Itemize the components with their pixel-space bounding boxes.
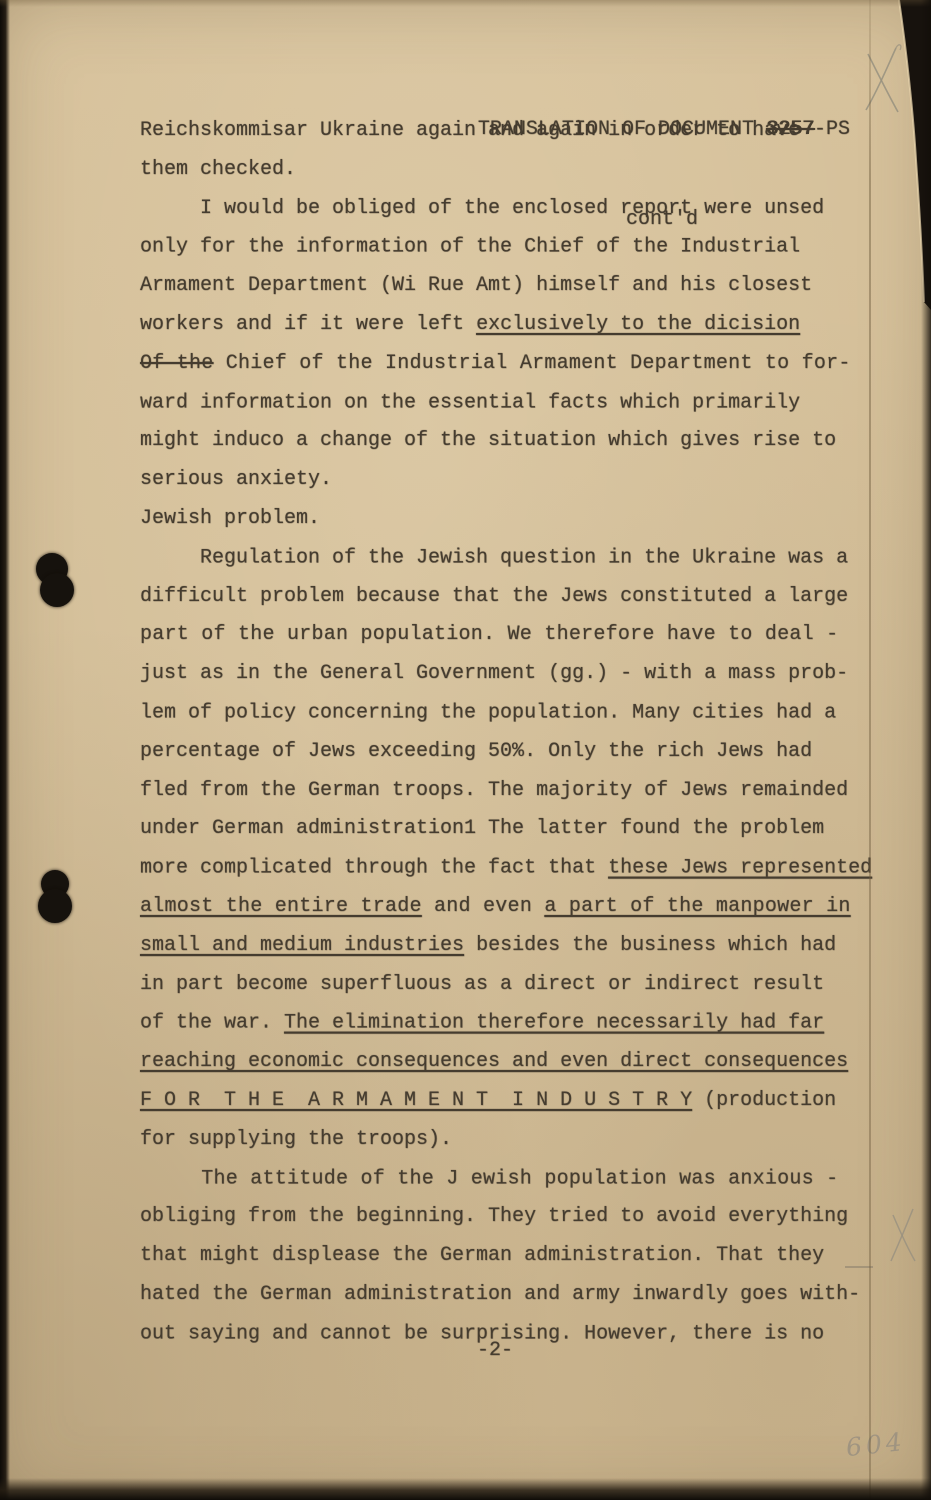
typed-text: difficult problem because that the Jews … bbox=[140, 585, 848, 608]
typed-text: only for the information of the Chief of… bbox=[140, 236, 800, 259]
typed-line: Of the Chief of the Industrial Armament … bbox=[140, 345, 856, 384]
typed-text: of the war. bbox=[140, 1012, 284, 1035]
typed-line: part of the urban population. We therefo… bbox=[140, 616, 856, 655]
paper-fold-line bbox=[869, 0, 871, 1500]
underlined-text: a part of the manpower in bbox=[544, 895, 850, 918]
typed-line: F O R T H E A R M A M E N T I N D U S T … bbox=[140, 1082, 856, 1121]
typed-line: more complicated through the fact that t… bbox=[140, 850, 856, 889]
typed-line: for supplying the troops). bbox=[140, 1121, 856, 1160]
underlined-text: exclusively to the dicision bbox=[476, 313, 800, 336]
typed-text: Regulation of the Jewish question in the… bbox=[140, 546, 848, 569]
typed-line: only for the information of the Chief of… bbox=[140, 229, 856, 268]
folio-number: 604 bbox=[845, 1427, 907, 1462]
typed-line: that might displease the German administ… bbox=[140, 1237, 856, 1276]
left-edge-shadow bbox=[0, 0, 10, 1500]
typed-line: obliging from the beginning. They tried … bbox=[140, 1198, 856, 1237]
typed-text: them checked. bbox=[140, 158, 296, 181]
typed-line: Armament Department (Wi Rue Amt) himself… bbox=[140, 267, 856, 306]
typed-text: serious anxiety. bbox=[140, 468, 332, 491]
bottom-edge-shadow bbox=[0, 1478, 931, 1500]
typed-text: and even bbox=[422, 895, 545, 918]
typed-line: might induco a change of the situation w… bbox=[140, 422, 856, 461]
document-page: TRANSLATION OF DOCUMENT 3257-PS cont'd R… bbox=[0, 0, 931, 1500]
typed-text: (production bbox=[692, 1089, 836, 1112]
typed-line: The attitude of the J ewish population w… bbox=[140, 1160, 856, 1199]
typed-text: workers and if it were left bbox=[140, 313, 476, 336]
typed-line: percentage of Jews exceeding 50%. Only t… bbox=[140, 733, 856, 772]
underlined-text: reaching economic consequences and even … bbox=[140, 1050, 848, 1073]
underlined-text: these Jews represented bbox=[608, 857, 872, 880]
typed-line: under German administration1 The latter … bbox=[140, 810, 856, 849]
pencil-check-bottom-icon bbox=[885, 1205, 923, 1265]
typed-line: workers and if it were left exclusively … bbox=[140, 306, 856, 345]
typed-line: Jewish problem. bbox=[140, 500, 856, 539]
typed-line: lem of policy concerning the population.… bbox=[140, 695, 856, 734]
typed-text: Jewish problem. bbox=[140, 507, 320, 530]
typed-line: them checked. bbox=[140, 151, 856, 190]
underlined-text: almost the entire trade bbox=[140, 895, 422, 918]
typed-text: percentage of Jews exceeding 50%. Only t… bbox=[140, 740, 812, 763]
right-edge-shadow bbox=[921, 0, 931, 1500]
typed-text: that might displease the German administ… bbox=[140, 1244, 824, 1267]
hole-punch-circle bbox=[40, 573, 74, 607]
typed-line: in part become superfluous as a direct o… bbox=[140, 966, 856, 1005]
typed-text: besides the business which had bbox=[464, 934, 836, 957]
typed-text: I would be obliged of the enclosed repor… bbox=[140, 197, 824, 220]
typed-line: small and medium industries besides the … bbox=[140, 927, 856, 966]
typed-text: The attitude of the J ewish population w… bbox=[140, 1167, 838, 1190]
typed-text: lem of policy concerning the population.… bbox=[140, 702, 836, 725]
typed-text: under German administration1 The latter … bbox=[140, 817, 824, 840]
typed-text: just as in the General Government (gg.) … bbox=[140, 662, 848, 685]
hole-punch-circle bbox=[38, 889, 72, 923]
underlined-text: small and medium industries bbox=[140, 934, 464, 957]
typed-text: obliging from the beginning. They tried … bbox=[140, 1205, 848, 1228]
typed-text: part of the urban population. We therefo… bbox=[140, 623, 838, 646]
typed-text: Reichskommisar Ukraine again and again i… bbox=[140, 119, 800, 142]
typed-line: serious anxiety. bbox=[140, 461, 856, 500]
typed-line: Reichskommisar Ukraine again and again i… bbox=[140, 112, 856, 151]
typed-line: ward information on the essential facts … bbox=[140, 384, 856, 423]
underlined-text: F O R T H E A R M A M E N T I N D U S T … bbox=[140, 1089, 692, 1112]
page-number: -2- bbox=[140, 1340, 850, 1362]
typed-line: fled from the German troops. The majorit… bbox=[140, 772, 856, 811]
typed-line: difficult problem because that the Jews … bbox=[140, 578, 856, 617]
typed-text: ward information on the essential facts … bbox=[140, 391, 800, 414]
underlined-text: The elimination therefore necessarily ha… bbox=[284, 1012, 824, 1035]
typed-text: Armament Department (Wi Rue Amt) himself… bbox=[140, 274, 812, 297]
typed-text: hated the German administration and army… bbox=[140, 1283, 860, 1306]
typed-line: hated the German administration and army… bbox=[140, 1276, 856, 1315]
typed-text: Chief of the Industrial Armament Departm… bbox=[214, 352, 851, 375]
typed-lines: Reichskommisar Ukraine again and again i… bbox=[140, 112, 856, 1354]
overtyped-text: Of the bbox=[140, 352, 214, 375]
typed-text: more complicated through the fact that bbox=[140, 857, 608, 880]
typed-text: fled from the German troops. The majorit… bbox=[140, 779, 848, 802]
typed-text: might induco a change of the situation w… bbox=[140, 429, 836, 452]
top-edge-shadow bbox=[0, 0, 931, 7]
typed-line: almost the entire trade and even a part … bbox=[140, 888, 856, 927]
typed-line: I would be obliged of the enclosed repor… bbox=[140, 190, 856, 229]
typed-line: Regulation of the Jewish question in the… bbox=[140, 539, 856, 578]
typed-text: for supplying the troops). bbox=[140, 1128, 452, 1151]
typed-line: just as in the General Government (gg.) … bbox=[140, 655, 856, 694]
typed-text: in part become superfluous as a direct o… bbox=[140, 973, 824, 996]
typed-line: of the war. The elimination therefore ne… bbox=[140, 1005, 856, 1044]
typed-line: reaching economic consequences and even … bbox=[140, 1043, 856, 1082]
